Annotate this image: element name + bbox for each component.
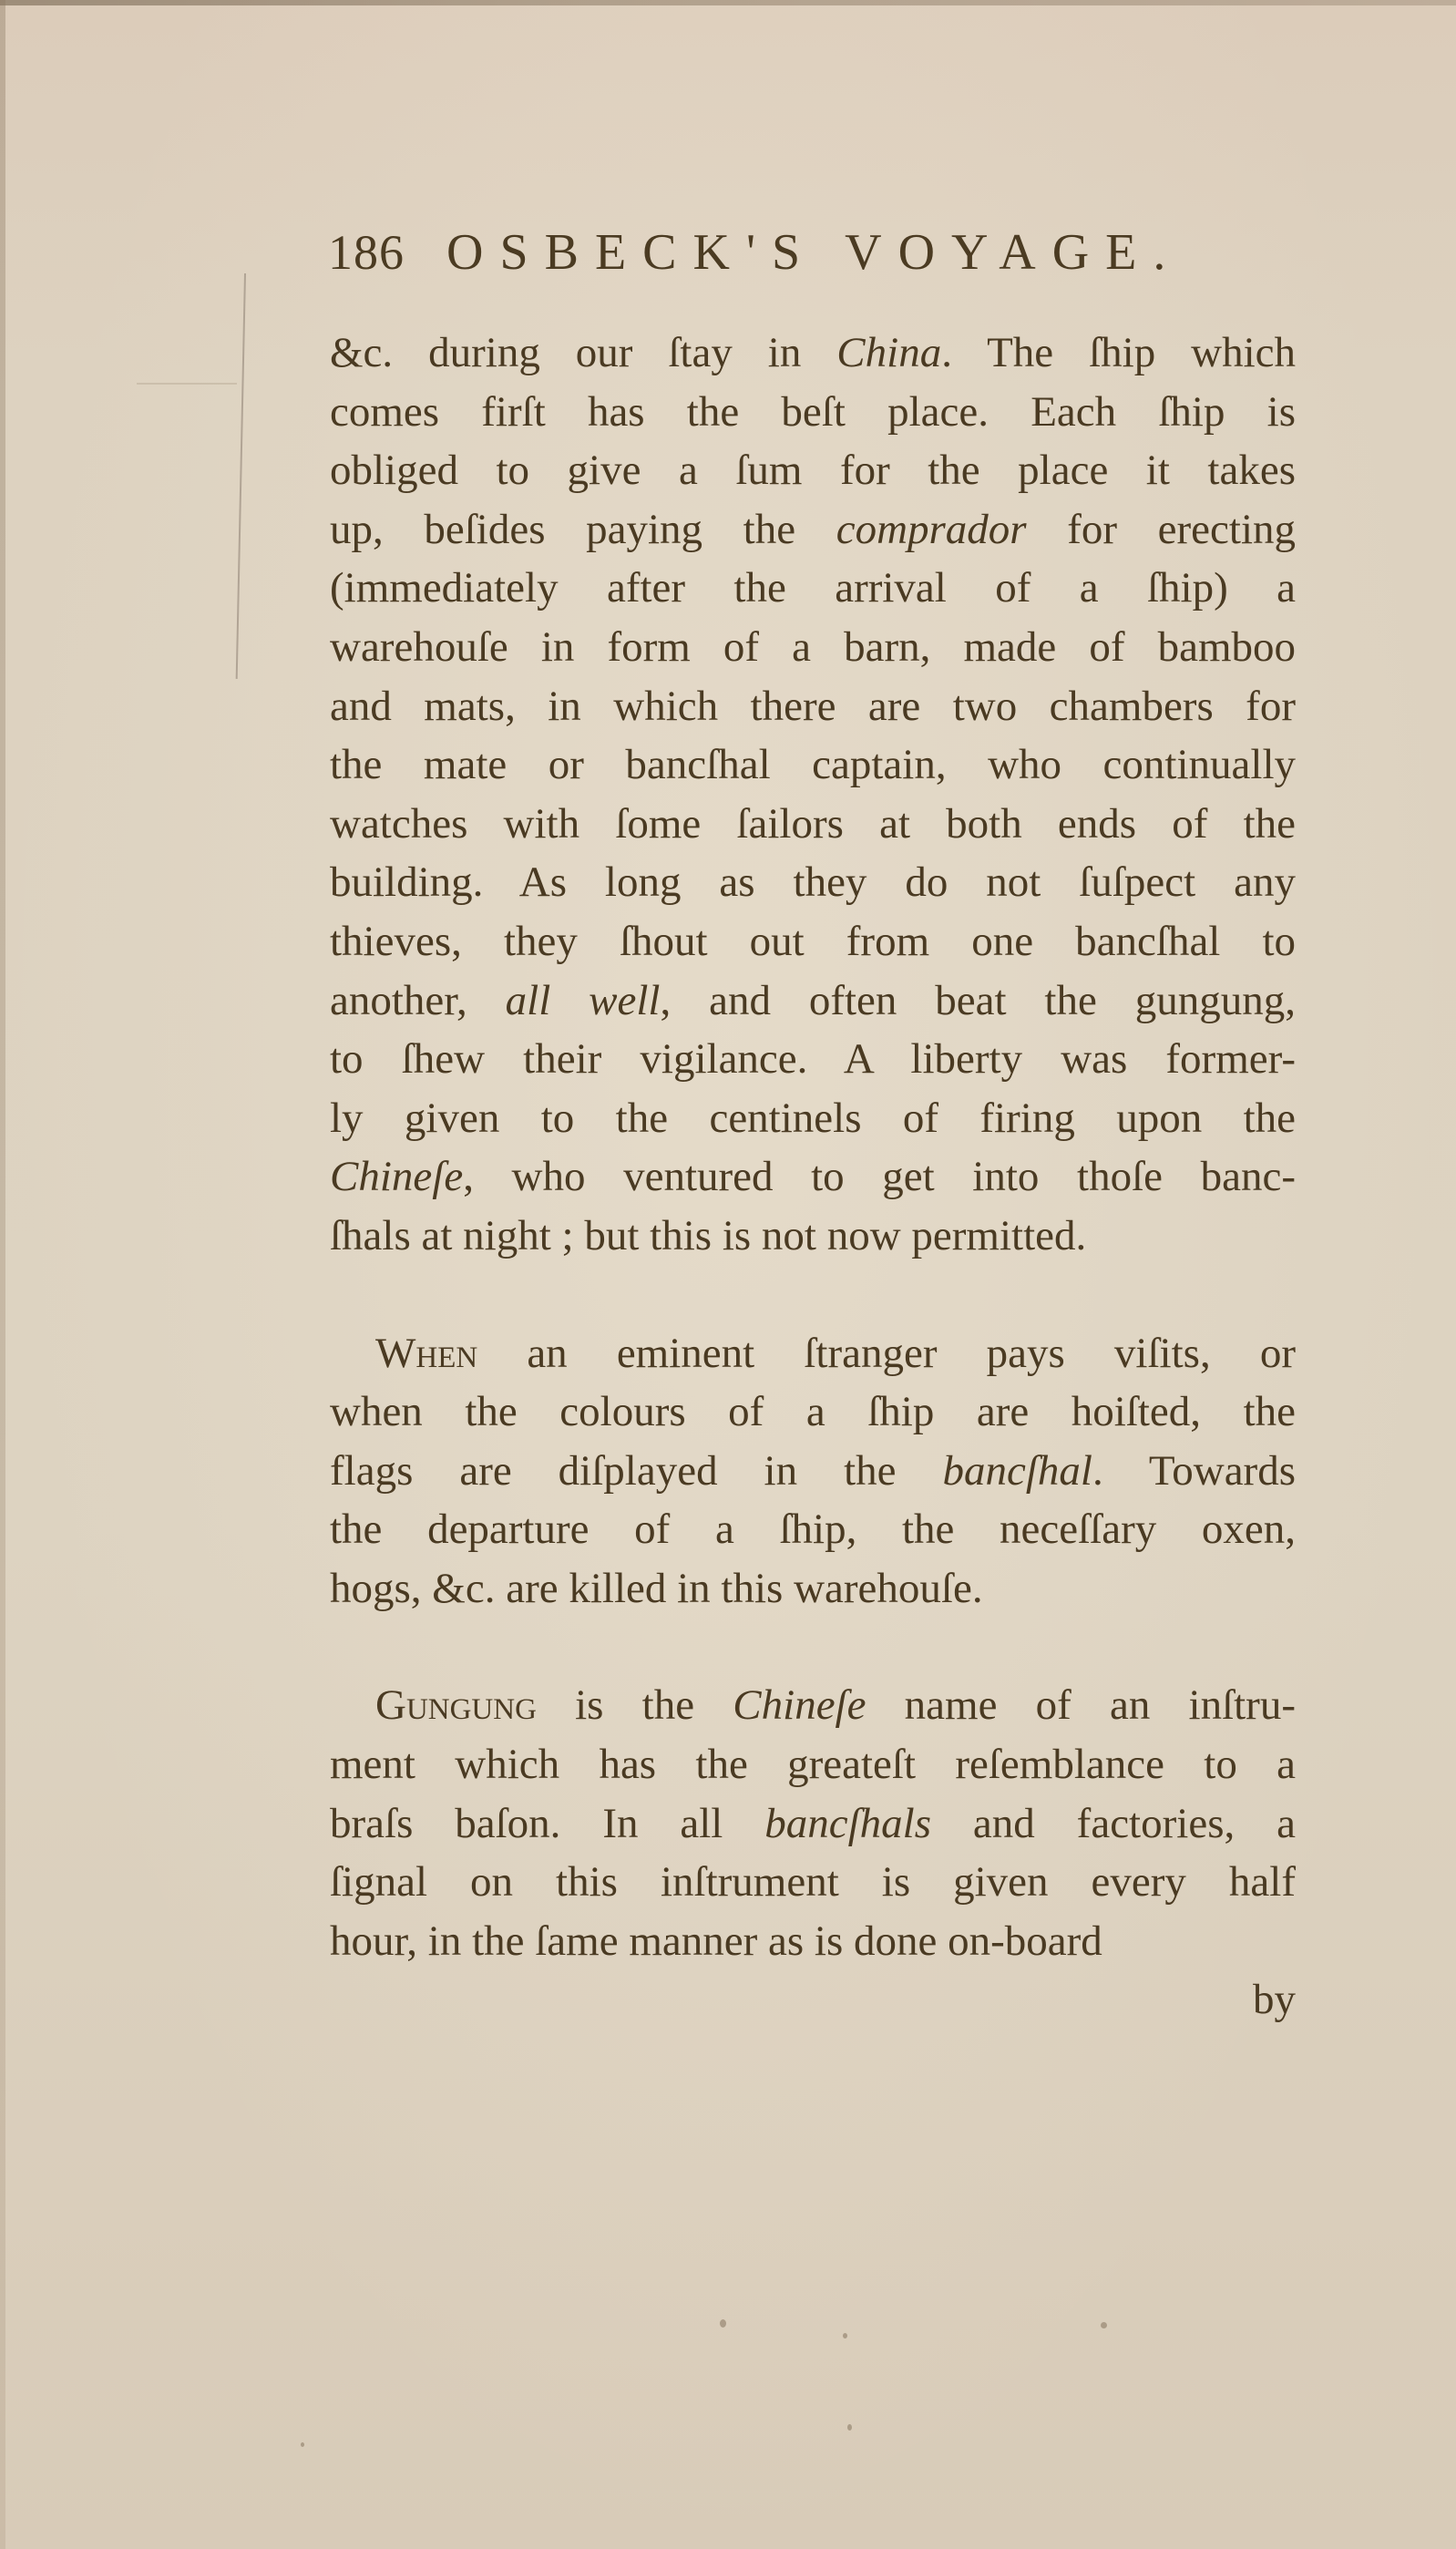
margin-faint-mark: [137, 383, 237, 385]
text-run: another,: [330, 977, 506, 1024]
text-run: hour, in the ſame manner as is done on-b…: [330, 1917, 1102, 1965]
text-run: and factories, a: [931, 1800, 1296, 1847]
page-left-edge: [0, 0, 5, 2549]
text-line: watches with ſome ſailors at both ends o…: [330, 795, 1296, 854]
italic-text: Chineſe: [733, 1681, 866, 1729]
text-line: hogs, &c. are killed in this warehouſe.: [330, 1559, 1296, 1619]
text-run: ly given to the centinels of firing upon…: [330, 1095, 1296, 1142]
italic-text: bancſhal: [942, 1447, 1092, 1495]
text-run: , who ventured to get into thoſe banc-: [463, 1153, 1296, 1200]
text-run: to ſhew their vigilance. A liberty was f…: [330, 1035, 1296, 1083]
text-run: ſignal on this inſtrument is given every…: [330, 1858, 1296, 1906]
text-run: watches with ſome ſailors at both ends o…: [330, 800, 1296, 848]
text-line: another, all well, and often beat the gu…: [330, 971, 1296, 1031]
italic-text: comprador: [836, 506, 1027, 553]
paper-speck: [843, 2333, 847, 2338]
text-run: &c. during our ſtay in: [330, 329, 836, 376]
text-run: ment which has the greateſt reſemblance …: [330, 1741, 1296, 1788]
text-line: Chineſe, who ventured to get into thoſe …: [330, 1147, 1296, 1207]
text-run: comes firſt has the beſt place. Each ſhi…: [330, 388, 1296, 436]
running-title: OSBECK'S VOYAGE.: [446, 223, 1182, 282]
running-header: 186 OSBECK'S VOYAGE.: [328, 223, 1312, 296]
text-line: braſs baſon. In all bancſhals and factor…: [330, 1794, 1296, 1854]
text-line: and mats, in which there are two chamber…: [330, 677, 1296, 736]
text-run: ſhals at night ; but this is not now per…: [330, 1212, 1086, 1259]
page-number: 186: [328, 224, 405, 281]
paragraph-1: &c. during our ſtay in China. The ſhip w…: [330, 324, 1296, 1266]
text-run: , and often beat the gungung,: [660, 977, 1295, 1024]
text-run: obliged to give a ſum for the place it t…: [330, 447, 1296, 494]
text-line: the mate or bancſhal captain, who contin…: [330, 735, 1296, 795]
page-top-edge: [0, 0, 1456, 5]
text-line: Gungung is the Chineſe name of an inſtru…: [330, 1676, 1296, 1735]
text-line: hour, in the ſame manner as is done on-b…: [330, 1912, 1296, 1971]
text-line: comes firſt has the beſt place. Each ſhi…: [330, 383, 1296, 442]
text-line: to ſhew their vigilance. A liberty was f…: [330, 1030, 1296, 1089]
text-run: when the colours of a ſhip are hoiſted, …: [330, 1388, 1296, 1435]
text-line: when the colours of a ſhip are hoiſted, …: [330, 1382, 1296, 1442]
catchword: by: [330, 1970, 1296, 2030]
small-caps-text: Gungung: [375, 1681, 537, 1729]
text-run: thieves, they ſhout out from one bancſha…: [330, 918, 1296, 965]
text-run: warehouſe in form of a barn, made of bam…: [330, 623, 1296, 671]
text-run: the mate or bancſhal captain, who contin…: [330, 741, 1296, 788]
text-run: and mats, in which there are two chamber…: [330, 683, 1296, 730]
text-run: braſs baſon. In all: [330, 1800, 764, 1847]
text-run: for erecting: [1027, 506, 1296, 553]
italic-text: China: [836, 329, 941, 376]
text-run: is the: [537, 1681, 733, 1729]
text-run: an eminent ſtranger pays viſits, or: [477, 1330, 1296, 1377]
paper-speck: [847, 2424, 852, 2431]
text-line: the departure of a ſhip, the neceſſary o…: [330, 1500, 1296, 1559]
text-run: building. As long as they do not ſuſpect…: [330, 858, 1296, 906]
text-run: . Towards: [1092, 1447, 1296, 1495]
text-run: up, beſides paying the: [330, 506, 836, 553]
paragraph-3: Gungung is the Chineſe name of an inſtru…: [330, 1676, 1296, 1970]
paragraph-gap: [330, 1266, 1296, 1324]
text-run: . The ſhip which: [941, 329, 1296, 376]
text-line: warehouſe in form of a barn, made of bam…: [330, 618, 1296, 677]
body-text: &c. during our ſtay in China. The ſhip w…: [330, 324, 1296, 2030]
text-line: (immediately after the arrival of a ſhip…: [330, 559, 1296, 618]
book-page: 186 OSBECK'S VOYAGE. &c. during our ſtay…: [0, 0, 1456, 2549]
text-run: (immediately after the arrival of a ſhip…: [330, 564, 1296, 612]
paragraph-gap: [330, 1618, 1296, 1676]
text-line: ment which has the greateſt reſemblance …: [330, 1735, 1296, 1794]
text-line: thieves, they ſhout out from one bancſha…: [330, 912, 1296, 971]
italic-text: all well: [506, 977, 661, 1024]
paper-speck: [720, 2319, 726, 2328]
text-line: ly given to the centinels of firing upon…: [330, 1089, 1296, 1148]
paper-speck: [301, 2442, 304, 2447]
text-line: &c. during our ſtay in China. The ſhip w…: [330, 324, 1296, 383]
text-line: ſhals at night ; but this is not now per…: [330, 1207, 1296, 1266]
paragraph-2: When an eminent ſtranger pays viſits, or…: [330, 1324, 1296, 1619]
italic-text: Chineſe: [330, 1153, 463, 1200]
text-line: flags are diſplayed in the bancſhal. Tow…: [330, 1442, 1296, 1501]
text-run: the departure of a ſhip, the neceſſary o…: [330, 1506, 1296, 1553]
margin-pencil-mark: [236, 273, 246, 679]
small-caps-text: When: [375, 1330, 477, 1377]
text-line: obliged to give a ſum for the place it t…: [330, 441, 1296, 500]
italic-text: bancſhals: [764, 1800, 931, 1847]
text-run: name of an inſtru-: [866, 1681, 1296, 1729]
text-line: ſignal on this inſtrument is given every…: [330, 1853, 1296, 1912]
text-line: When an eminent ſtranger pays viſits, or: [330, 1324, 1296, 1383]
text-run: hogs, &c. are killed in this warehouſe.: [330, 1565, 983, 1612]
text-line: building. As long as they do not ſuſpect…: [330, 853, 1296, 912]
text-line: up, beſides paying the comprador for ere…: [330, 500, 1296, 560]
text-run: flags are diſplayed in the: [330, 1447, 942, 1495]
paper-speck: [1101, 2322, 1107, 2328]
